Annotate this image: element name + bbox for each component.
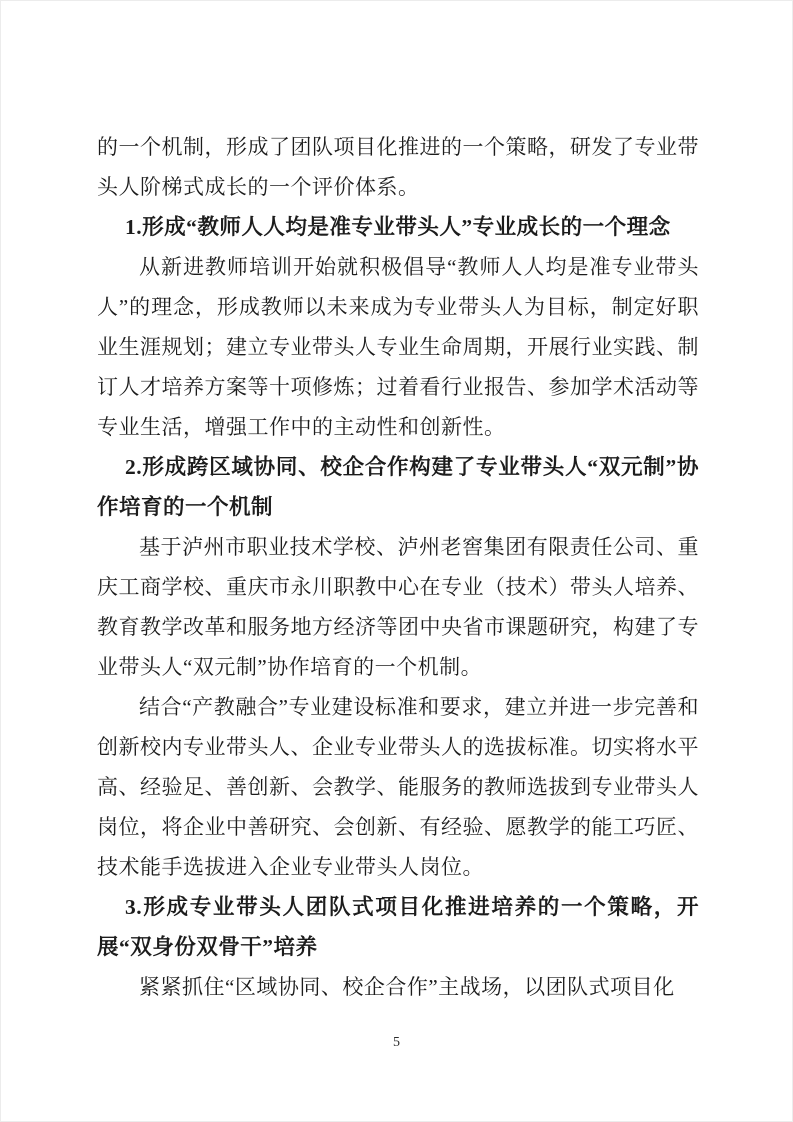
document-text-block: 的一个机制，形成了团队项目化推进的一个策略，研发了专业带头人阶梯式成长的一个评价… [97,127,699,1007]
paragraph-3: 结合“产教融合”专业建设标准和要求，建立并进一步完善和创新校内专业带头人、企业专… [97,687,699,887]
paragraph-2: 基于泸州市职业技术学校、泸州老窖集团有限责任公司、重庆工商学校、重庆市永川职教中… [97,527,699,687]
heading-3: 3.形成专业带头人团队式项目化推进培养的一个策略，开展“双身份双骨干”培养 [97,887,699,967]
paragraph-1: 从新进教师培训开始就积极倡导“教师人人均是准专业带头人”的理念，形成教师以未来成… [97,247,699,447]
paragraph-4: 紧紧抓住“区域协同、校企合作”主战场，以团队式项目化 [97,967,699,1007]
heading-2: 2.形成跨区域协同、校企合作构建了专业带头人“双元制”协作培育的一个机制 [97,447,699,527]
document-page: 的一个机制，形成了团队项目化推进的一个策略，研发了专业带头人阶梯式成长的一个评价… [0,0,793,1122]
paragraph-continuation: 的一个机制，形成了团队项目化推进的一个策略，研发了专业带头人阶梯式成长的一个评价… [97,127,699,207]
heading-1: 1.形成“教师人人均是准专业带头人”专业成长的一个理念 [97,207,699,247]
page-number: 5 [1,1035,792,1051]
